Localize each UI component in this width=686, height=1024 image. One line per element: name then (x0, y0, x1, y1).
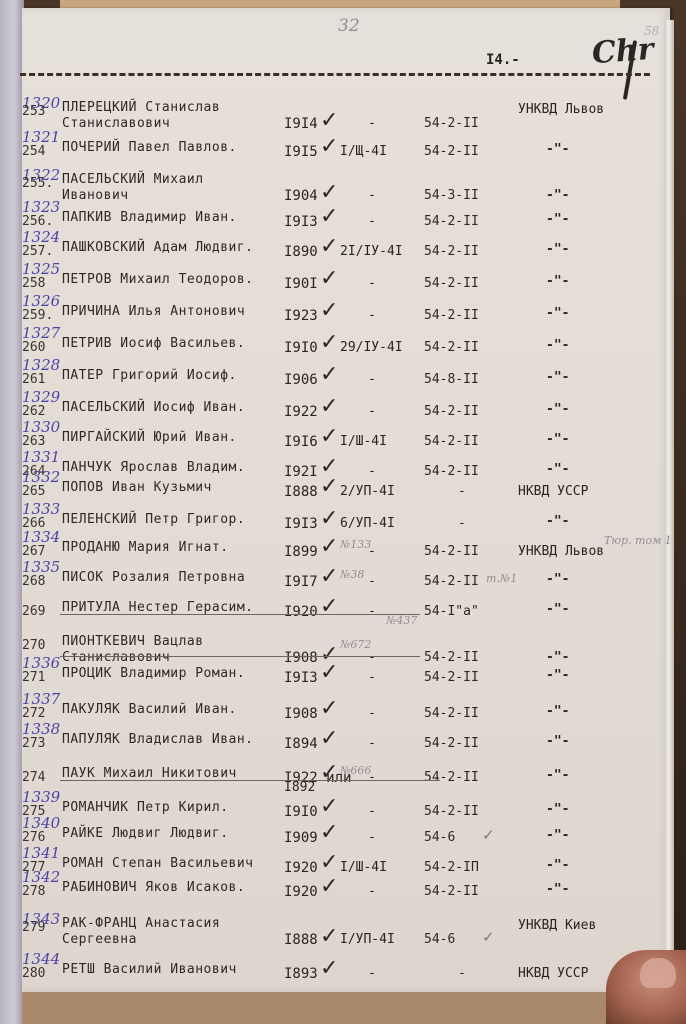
record-number: 258 (22, 276, 45, 291)
record-name: РОМАН Степан Васильевич (62, 856, 254, 871)
record-name: РЕТШ Василий Иванович (62, 962, 237, 977)
record-file-ref: 54-2-II (424, 144, 479, 159)
record-birth-year: I909 (284, 830, 318, 846)
checkmark-icon: ✓ (320, 362, 338, 387)
table-row: 1344280РЕТШ Василий ИвановичI893✓--НКВД … (0, 962, 686, 992)
record-sentence-code: - (368, 650, 376, 665)
table-row: 1342278РАБИНОВИЧ Яков Исаков.I920✓-54-2-… (0, 880, 686, 910)
checkmark-icon: ✓ (320, 474, 338, 499)
archive-sheet-number: 32 (338, 16, 360, 36)
record-name: ПЕТРИВ Иосиф Васильев. (62, 336, 245, 351)
record-name: РАК-ФРАНЦ Анастасия (62, 916, 220, 931)
signature-mark: Chr (591, 32, 655, 71)
record-number: 280 (22, 966, 45, 981)
record-sentence-code: - (368, 188, 376, 203)
record-authority: -"- (546, 242, 569, 257)
checkmark-icon: ✓ (320, 506, 338, 531)
record-number: 270 (22, 638, 45, 653)
record-number: 272 (22, 706, 45, 721)
checkmark-icon: ✓ (320, 180, 338, 205)
record-birth-year: I920 (284, 604, 318, 620)
record-authority: -"- (546, 370, 569, 385)
record-sentence-code: - (368, 966, 376, 981)
record-name: ПОПОВ Иван Кузьмич (62, 480, 212, 495)
record-patronymic: Сергеевна (62, 932, 137, 947)
checkmark-icon: ✓ (320, 924, 338, 949)
record-number: 256. (22, 214, 53, 229)
table-row: 1321254ПОЧЕРИЙ Павел Павлов.I9I5✓I/Щ-4I5… (0, 140, 686, 170)
record-birth-year: I9I6 (284, 434, 318, 450)
pencil-note: №133 (340, 538, 371, 551)
record-file-ref: 54-2-II (424, 770, 479, 785)
record-authority: УНКВД Киев (518, 918, 596, 933)
folder-bottom (22, 992, 686, 1024)
table-row: 1324257.ПАШКОВСКИЙ Адам Людвиг.I890✓2I/I… (0, 240, 686, 270)
record-birth-year: I923 (284, 308, 318, 324)
record-file-ref: 54-6 (424, 830, 455, 845)
record-number: 259. (22, 308, 53, 323)
checkmark-icon: ✓ (320, 330, 338, 355)
record-birth-year: I920 (284, 884, 318, 900)
record-file-ref: 54-2-IП (424, 860, 479, 875)
record-birth-year: I894 (284, 736, 318, 752)
record-sentence-code: I/Щ-4I (340, 144, 387, 159)
checkmark-icon: ✓ (320, 794, 338, 819)
record-birth-year: I922 (284, 404, 318, 420)
record-authority: -"- (546, 704, 569, 719)
thumbnail (640, 958, 676, 988)
table-row: 1322255.ПАСЕЛЬСКИЙ МихаилИвановичI904✓-5… (0, 178, 686, 208)
record-authority: -"- (546, 668, 569, 683)
record-authority: УНКВД Львов (518, 102, 604, 117)
record-birth-year: I9I7 (284, 574, 318, 590)
record-file-ref: 54-2-II (424, 340, 479, 355)
checkmark-icon: ✓ (320, 594, 338, 619)
record-sentence-code: - (368, 276, 376, 291)
record-name: ПАПУЛЯК Владислав Иван. (62, 732, 254, 747)
record-sentence-code: I/Ш-4I (340, 434, 387, 449)
record-number: 271 (22, 670, 45, 685)
record-sentence-code: - (368, 464, 376, 479)
record-sentence-code: - (368, 736, 376, 751)
pencil-note: Тюр. том 1 (604, 534, 672, 547)
checkmark-icon: ✓ (320, 424, 338, 449)
record-birth-year: I9I3 (284, 214, 318, 230)
record-name: ПАШКОВСКИЙ Адам Людвиг. (62, 240, 254, 255)
record-authority: -"- (546, 212, 569, 227)
checkmark-icon: ✓ (320, 234, 338, 259)
record-birth-year: I906 (284, 372, 318, 388)
record-number: 257. (22, 244, 53, 259)
checkmark-icon: ✓ (320, 134, 338, 159)
pencil-note: №672 (340, 638, 371, 651)
table-row: 269ПРИТУЛА Нестер Герасим.I920✓-54-I"а"-… (0, 600, 686, 630)
checkmark-icon: ✓ (320, 108, 338, 133)
table-row: 1336271ПРОЦИК Владимир Роман.I9I3✓-54-2-… (0, 666, 686, 696)
record-birth-year: I90I (284, 276, 318, 292)
record-sentence-code: - (368, 214, 376, 229)
record-name: ПРИЧИНА Илья Антонович (62, 304, 245, 319)
record-authority: -"- (546, 882, 569, 897)
record-authority: -"- (546, 828, 569, 843)
record-file-ref: 54-6 (424, 932, 455, 947)
checkmark-icon: ✓ (320, 956, 338, 981)
record-file-ref: 54-2-II (424, 404, 479, 419)
record-number: 269 (22, 604, 45, 619)
record-name: ПАТЕР Григорий Иосиф. (62, 368, 237, 383)
record-name: ПАНЧУК Ярослав Владим. (62, 460, 245, 475)
record-authority: -"- (546, 462, 569, 477)
table-row: 1338273ПАПУЛЯК Владислав Иван.I894✓-54-2… (0, 732, 686, 762)
record-birth-year: I9I3 (284, 516, 318, 532)
record-number: 267 (22, 544, 45, 559)
record-name: ПЕЛЕНСКИЙ Петр Григор. (62, 512, 245, 527)
record-authority: УНКВД Львов (518, 544, 604, 559)
checkmark-icon: ✓ (482, 826, 495, 844)
record-birth-year: I92I (284, 464, 318, 480)
record-sentence-code: 6/УП-4I (340, 516, 395, 531)
record-birth-year: I899 (284, 544, 318, 560)
checkmark-icon: ✓ (320, 660, 338, 685)
record-file-ref: 54-8-II (424, 372, 479, 387)
checkmark-icon: ✓ (320, 820, 338, 845)
record-sentence-code: - (368, 830, 376, 845)
record-name: ПРОДАНЮ Мария Игнат. (62, 540, 229, 555)
record-birth-year: I893 (284, 966, 318, 982)
record-sentence-code: I/Ш-4I (340, 860, 387, 875)
record-sentence-code: - (368, 116, 376, 131)
record-patronymic: Станиславович (62, 650, 170, 665)
checkmark-icon: ✓ (320, 696, 338, 721)
record-number: 274 (22, 770, 45, 785)
record-file-ref: 54-2-II (424, 464, 479, 479)
checkmark-icon: ✓ (320, 874, 338, 899)
record-patronymic: Станиславович (62, 116, 170, 131)
record-file-ref: 54-2-II (424, 706, 479, 721)
record-authority: -"- (546, 858, 569, 873)
table-row: 1327260ПЕТРИВ Иосиф Васильев.I9I0✓29/IУ-… (0, 336, 686, 366)
record-number: 278 (22, 884, 45, 899)
record-authority: -"- (546, 432, 569, 447)
record-birth-year: I888 (284, 932, 318, 948)
record-birth-year: I9I0 (284, 804, 318, 820)
table-row: 274ПАУК Михаил НикитовичI922 илиI892✓-54… (0, 766, 686, 796)
record-number: 273 (22, 736, 45, 751)
record-birth-year: I888 (284, 484, 318, 500)
record-sentence-code: - (368, 404, 376, 419)
record-authority: -"- (546, 142, 569, 157)
record-sentence-code: - (368, 670, 376, 685)
record-birth-year: I904 (284, 188, 318, 204)
record-sentence-code: 29/IУ-4I (340, 340, 403, 355)
record-file-ref: 54-2-II (424, 544, 479, 559)
record-authority: -"- (546, 602, 569, 617)
checkmark-icon: ✓ (320, 534, 338, 559)
record-authority: -"- (546, 402, 569, 417)
record-sentence-code: 2/УП-4I (340, 484, 395, 499)
record-sentence-code: - (368, 604, 376, 619)
record-number: 279 (22, 920, 45, 935)
record-birth-year: I920 (284, 860, 318, 876)
record-authority: НКВД УССР (518, 484, 588, 499)
table-row: 1332265ПОПОВ Иван КузьмичI888✓2/УП-4I-НК… (0, 480, 686, 510)
record-birth-year-alt: I892 (284, 780, 315, 795)
record-file-ref: 54-2-II (424, 244, 479, 259)
record-name: ПОЧЕРИЙ Павел Павлов. (62, 140, 237, 155)
record-file-ref: 54-2-II (424, 434, 479, 449)
pencil-note: №437 (386, 614, 417, 627)
record-authority: -"- (546, 734, 569, 749)
record-number: 260 (22, 340, 45, 355)
table-row: 1329262ПАСЕЛЬСКИЙ Иосиф Иван.I922✓-54-2-… (0, 400, 686, 430)
page-number: I4.- (486, 52, 520, 68)
strikethrough-line (60, 656, 420, 657)
checkmark-icon: ✓ (320, 726, 338, 751)
checkmark-icon: ✓ (320, 266, 338, 291)
pencil-note: №666 (340, 764, 371, 777)
table-row: 1326259.ПРИЧИНА Илья АнтоновичI923✓-54-2… (0, 304, 686, 334)
record-authority: -"- (546, 572, 569, 587)
record-number: 261 (22, 372, 45, 387)
record-number: 255. (22, 176, 53, 191)
record-name: ПАУК Михаил Никитович (62, 766, 237, 781)
record-authority: -"- (546, 650, 569, 665)
record-number: 262 (22, 404, 45, 419)
record-file-ref: 54-I"а" (424, 604, 479, 619)
record-sentence-code: - (368, 884, 376, 899)
pencil-note: т.№1 (486, 572, 517, 585)
record-number: 276 (22, 830, 45, 845)
table-row: 1330263ПИРГАЙСКИЙ Юрий Иван.I9I6✓I/Ш-4I5… (0, 430, 686, 460)
dashed-separator (20, 73, 650, 76)
record-sentence-code: - (368, 372, 376, 387)
record-authority: -"- (546, 274, 569, 289)
record-name: ПАСЕЛЬСКИЙ Михаил (62, 172, 204, 187)
table-row: 1320253ПЛЕРЕЦКИЙ СтаниславСтаниславовичI… (0, 106, 686, 136)
table-row: 1323256.ПАПКИВ Владимир Иван.I9I3✓-54-2-… (0, 210, 686, 240)
record-file-ref: 54-2-II (424, 670, 479, 685)
table-row: 1328261ПАТЕР Григорий Иосиф.I906✓-54-8-I… (0, 368, 686, 398)
record-file-ref: - (458, 966, 466, 981)
checkmark-icon: ✓ (320, 298, 338, 323)
record-name: ПРОЦИК Владимир Роман. (62, 666, 245, 681)
record-authority: -"- (546, 514, 569, 529)
table-row: 1334267ПРОДАНЮ Мария Игнат.I899✓-54-2-II… (0, 540, 686, 570)
record-authority: -"- (546, 802, 569, 817)
record-authority: НКВД УССР (518, 966, 588, 981)
record-name: ПЛЕРЕЦКИЙ Станислав (62, 100, 220, 115)
pencil-note: №38 (340, 568, 364, 581)
record-number: 265 (22, 484, 45, 499)
record-birth-year: I908 (284, 706, 318, 722)
checkmark-icon: ✓ (482, 928, 495, 946)
record-name: ПРИТУЛА Нестер Герасим. (62, 600, 254, 615)
record-name: ПИОНТКЕВИЧ Вацлав (62, 634, 204, 649)
checkmark-icon: ✓ (320, 564, 338, 589)
record-file-ref: 54-3-II (424, 188, 479, 203)
record-birth-year: I9I0 (284, 340, 318, 356)
record-name: ПАПКИВ Владимир Иван. (62, 210, 237, 225)
record-birth-year: I908 (284, 650, 318, 666)
record-patronymic: Иванович (62, 188, 129, 203)
record-file-ref: 54-2-II (424, 650, 479, 665)
record-file-ref: 54-2-II (424, 736, 479, 751)
record-birth-year: I9I3 (284, 670, 318, 686)
record-file-ref: 54-2-II (424, 804, 479, 819)
record-authority: -"- (546, 306, 569, 321)
record-sentence-code: - (368, 574, 376, 589)
record-file-ref: 54-2-II (424, 276, 479, 291)
strikethrough-line (60, 780, 440, 781)
strikethrough-line (60, 614, 420, 615)
record-sentence-code: - (368, 706, 376, 721)
record-authority: -"- (546, 338, 569, 353)
record-sentence-code: I/УП-4I (340, 932, 395, 947)
record-file-ref: 54-2-II (424, 116, 479, 131)
record-name: ПАКУЛЯК Василий Иван. (62, 702, 237, 717)
record-name: ПИСОК Розалия Петровна (62, 570, 245, 585)
record-file-ref: 54-2-II (424, 308, 479, 323)
record-sentence-code: 2I/IУ-4I (340, 244, 403, 259)
checkmark-icon: ✓ (320, 760, 338, 785)
record-name: РАЙКЕ Людвиг Людвиг. (62, 826, 229, 841)
record-birth-year: I9I5 (284, 144, 318, 160)
record-sentence-code: - (368, 308, 376, 323)
record-authority: -"- (546, 768, 569, 783)
record-sentence-code: - (368, 804, 376, 819)
record-birth-year: I890 (284, 244, 318, 260)
checkmark-icon: ✓ (320, 394, 338, 419)
table-row: 1325258ПЕТРОВ Михаил Теодоров.I90I✓-54-2… (0, 272, 686, 302)
record-number: 254 (22, 144, 45, 159)
table-row: 1343279РАК-ФРАНЦ АнастасияСергеевнаI888✓… (0, 922, 686, 952)
checkmark-icon: ✓ (320, 850, 338, 875)
checkmark-icon: ✓ (320, 204, 338, 229)
record-file-ref: - (458, 516, 466, 531)
record-name: ПИРГАЙСКИЙ Юрий Иван. (62, 430, 237, 445)
record-file-ref: 54-2-II (424, 574, 479, 589)
record-number: 253 (22, 104, 45, 119)
record-authority: -"- (546, 188, 569, 203)
table-row: 1335268ПИСОК Розалия ПетровнаI9I7✓-54-2-… (0, 570, 686, 600)
record-file-ref: - (458, 484, 466, 499)
record-name: ПАСЕЛЬСКИЙ Иосиф Иван. (62, 400, 245, 415)
record-name: ПЕТРОВ Михаил Теодоров. (62, 272, 254, 287)
record-number: 263 (22, 434, 45, 449)
record-file-ref: 54-2-II (424, 884, 479, 899)
record-name: РОМАНЧИК Петр Кирил. (62, 800, 229, 815)
record-file-ref: 54-2-II (424, 214, 479, 229)
table-row: 1340276РАЙКЕ Людвиг Людвиг.I909✓-54-6✓-"… (0, 826, 686, 856)
table-row: 1337272ПАКУЛЯК Василий Иван.I908✓-54-2-I… (0, 702, 686, 732)
record-number: 268 (22, 574, 45, 589)
record-birth-year: I9I4 (284, 116, 318, 132)
record-name: РАБИНОВИЧ Яков Исаков. (62, 880, 245, 895)
